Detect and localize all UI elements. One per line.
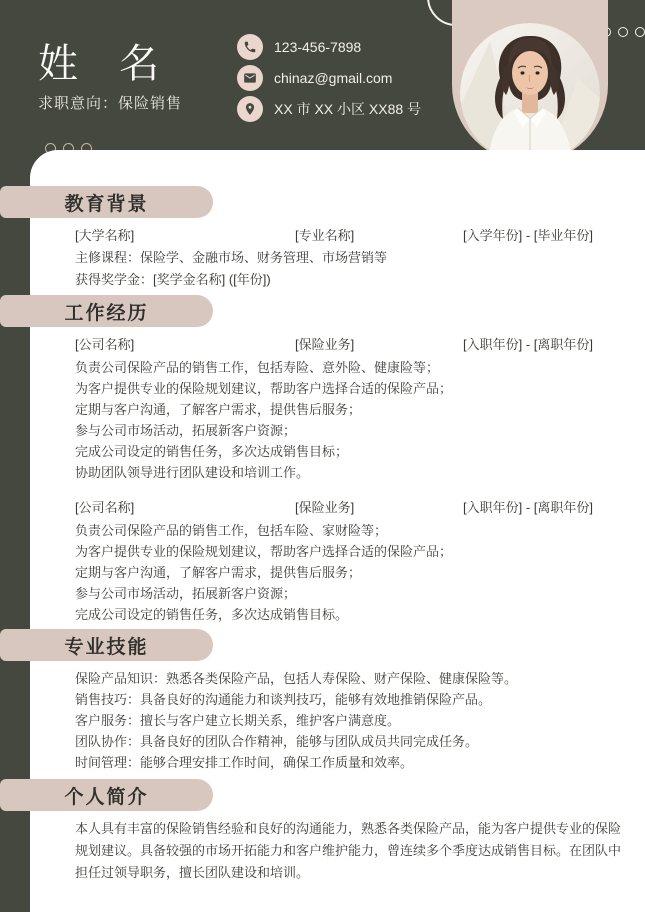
skill-item: 时间管理：能够合理安排工作时间，确保工作质量和效率。 xyxy=(75,752,631,773)
work-duty: 协助团队领导进行团队建设和培训工作。 xyxy=(75,462,631,483)
location-icon xyxy=(237,96,263,122)
work-header-row: [公司名称] [保险业务] [入职年份] - [离职年份] xyxy=(75,334,631,355)
skill-item: 客户服务：擅长与客户建立长期关系，维护客户满意度。 xyxy=(75,710,631,731)
section-title-skills: 专业技能 xyxy=(0,629,213,661)
work-duty: 参与公司市场活动，拓展新客户资源； xyxy=(75,420,631,441)
contact-row-email: chinaz@gmail.com xyxy=(237,65,421,91)
contact-list: 123-456-7898 chinaz@gmail.com XX 市 XX 小区… xyxy=(237,34,421,127)
work-period: [入职年份] - [离职年份] xyxy=(463,497,631,518)
work-duty: 负责公司保险产品的销售工作，包括车险、家财险等； xyxy=(75,520,631,541)
section-title-education: 教育背景 xyxy=(0,186,213,218)
work-header-row: [公司名称] [保险业务] [入职年份] - [离职年份] xyxy=(75,497,631,518)
skill-item: 销售技巧：具备良好的沟通能力和谈判技巧，能够有效地推销保险产品。 xyxy=(75,689,631,710)
profile-text: 本人具有丰富的保险销售经验和良好的沟通能力，熟悉各类保险产品，能为客户提供专业的… xyxy=(30,818,645,884)
education-scholarship: 获得奖学金：[奖学金名称] ([年份]) xyxy=(75,269,631,291)
business-field: [保险业务] xyxy=(295,497,463,518)
work-duty: 完成公司设定的销售任务，多次达成销售目标； xyxy=(75,441,631,462)
email-address: chinaz@gmail.com xyxy=(274,70,392,86)
avatar xyxy=(460,23,600,163)
phone-icon xyxy=(237,34,263,60)
email-icon xyxy=(237,65,263,91)
phone-number: 123-456-7898 xyxy=(274,39,361,55)
dot-icon xyxy=(635,27,645,37)
work-duty: 为客户提供专业的保险规划建议，帮助客户选择合适的保险产品； xyxy=(75,541,631,562)
candidate-name: 姓 名 xyxy=(38,32,161,89)
contact-row-address: XX 市 XX 小区 XX88 号 xyxy=(237,96,421,122)
work-period: [入职年份] - [离职年份] xyxy=(463,334,631,355)
work-duty: 为客户提供专业的保险规划建议，帮助客户选择合适的保险产品； xyxy=(75,378,631,399)
work-duty: 定期与客户沟通，了解客户需求，提供售后服务； xyxy=(75,399,631,420)
dot-icon xyxy=(618,27,628,37)
job-intention: 求职意向：保险销售 xyxy=(38,92,182,113)
section-title-profile: 个人简介 xyxy=(0,779,213,811)
education-section: [大学名称] [专业名称] [入学年份] - [毕业年份] 主修课程：保险学、金… xyxy=(30,225,645,291)
company-name: [公司名称] xyxy=(75,497,295,518)
address: XX 市 XX 小区 XX88 号 xyxy=(274,99,421,119)
education-period: [入学年份] - [毕业年份] xyxy=(463,225,631,247)
skills-section: 保险产品知识：熟悉各类保险产品，包括人寿保险、财产保险、健康保险等。 销售技巧：… xyxy=(30,668,645,773)
company-name: [公司名称] xyxy=(75,334,295,355)
education-courses: 主修课程：保险学、金融市场、财务管理、市场营销等 xyxy=(75,247,631,269)
section-title-work: 工作经历 xyxy=(0,295,213,327)
portrait-illustration xyxy=(460,23,600,163)
business-field: [保险业务] xyxy=(295,334,463,355)
skill-item: 保险产品知识：熟悉各类保险产品，包括人寿保险、财产保险、健康保险等。 xyxy=(75,668,631,689)
contact-row-phone: 123-456-7898 xyxy=(237,34,421,60)
work-duty: 参与公司市场活动，拓展新客户资源； xyxy=(75,583,631,604)
resume-content-card: 教育背景 [大学名称] [专业名称] [入学年份] - [毕业年份] 主修课程：… xyxy=(30,150,645,912)
education-header-row: [大学名称] [专业名称] [入学年份] - [毕业年份] xyxy=(75,225,631,247)
work-duty: 完成公司设定的销售任务，多次达成销售目标。 xyxy=(75,604,631,625)
skill-item: 团队协作：具备良好的团队合作精神，能够与团队成员共同完成任务。 xyxy=(75,731,631,752)
work-duty: 负责公司保险产品的销售工作，包括寿险、意外险、健康险等； xyxy=(75,357,631,378)
school-name: [大学名称] xyxy=(75,225,295,247)
work-entry-1: [公司名称] [保险业务] [入职年份] - [离职年份] 负责公司保险产品的销… xyxy=(30,334,645,483)
work-entry-2: [公司名称] [保险业务] [入职年份] - [离职年份] 负责公司保险产品的销… xyxy=(30,497,645,625)
major-name: [专业名称] xyxy=(295,225,463,247)
work-duty: 定期与客户沟通，了解客户需求，提供售后服务； xyxy=(75,562,631,583)
